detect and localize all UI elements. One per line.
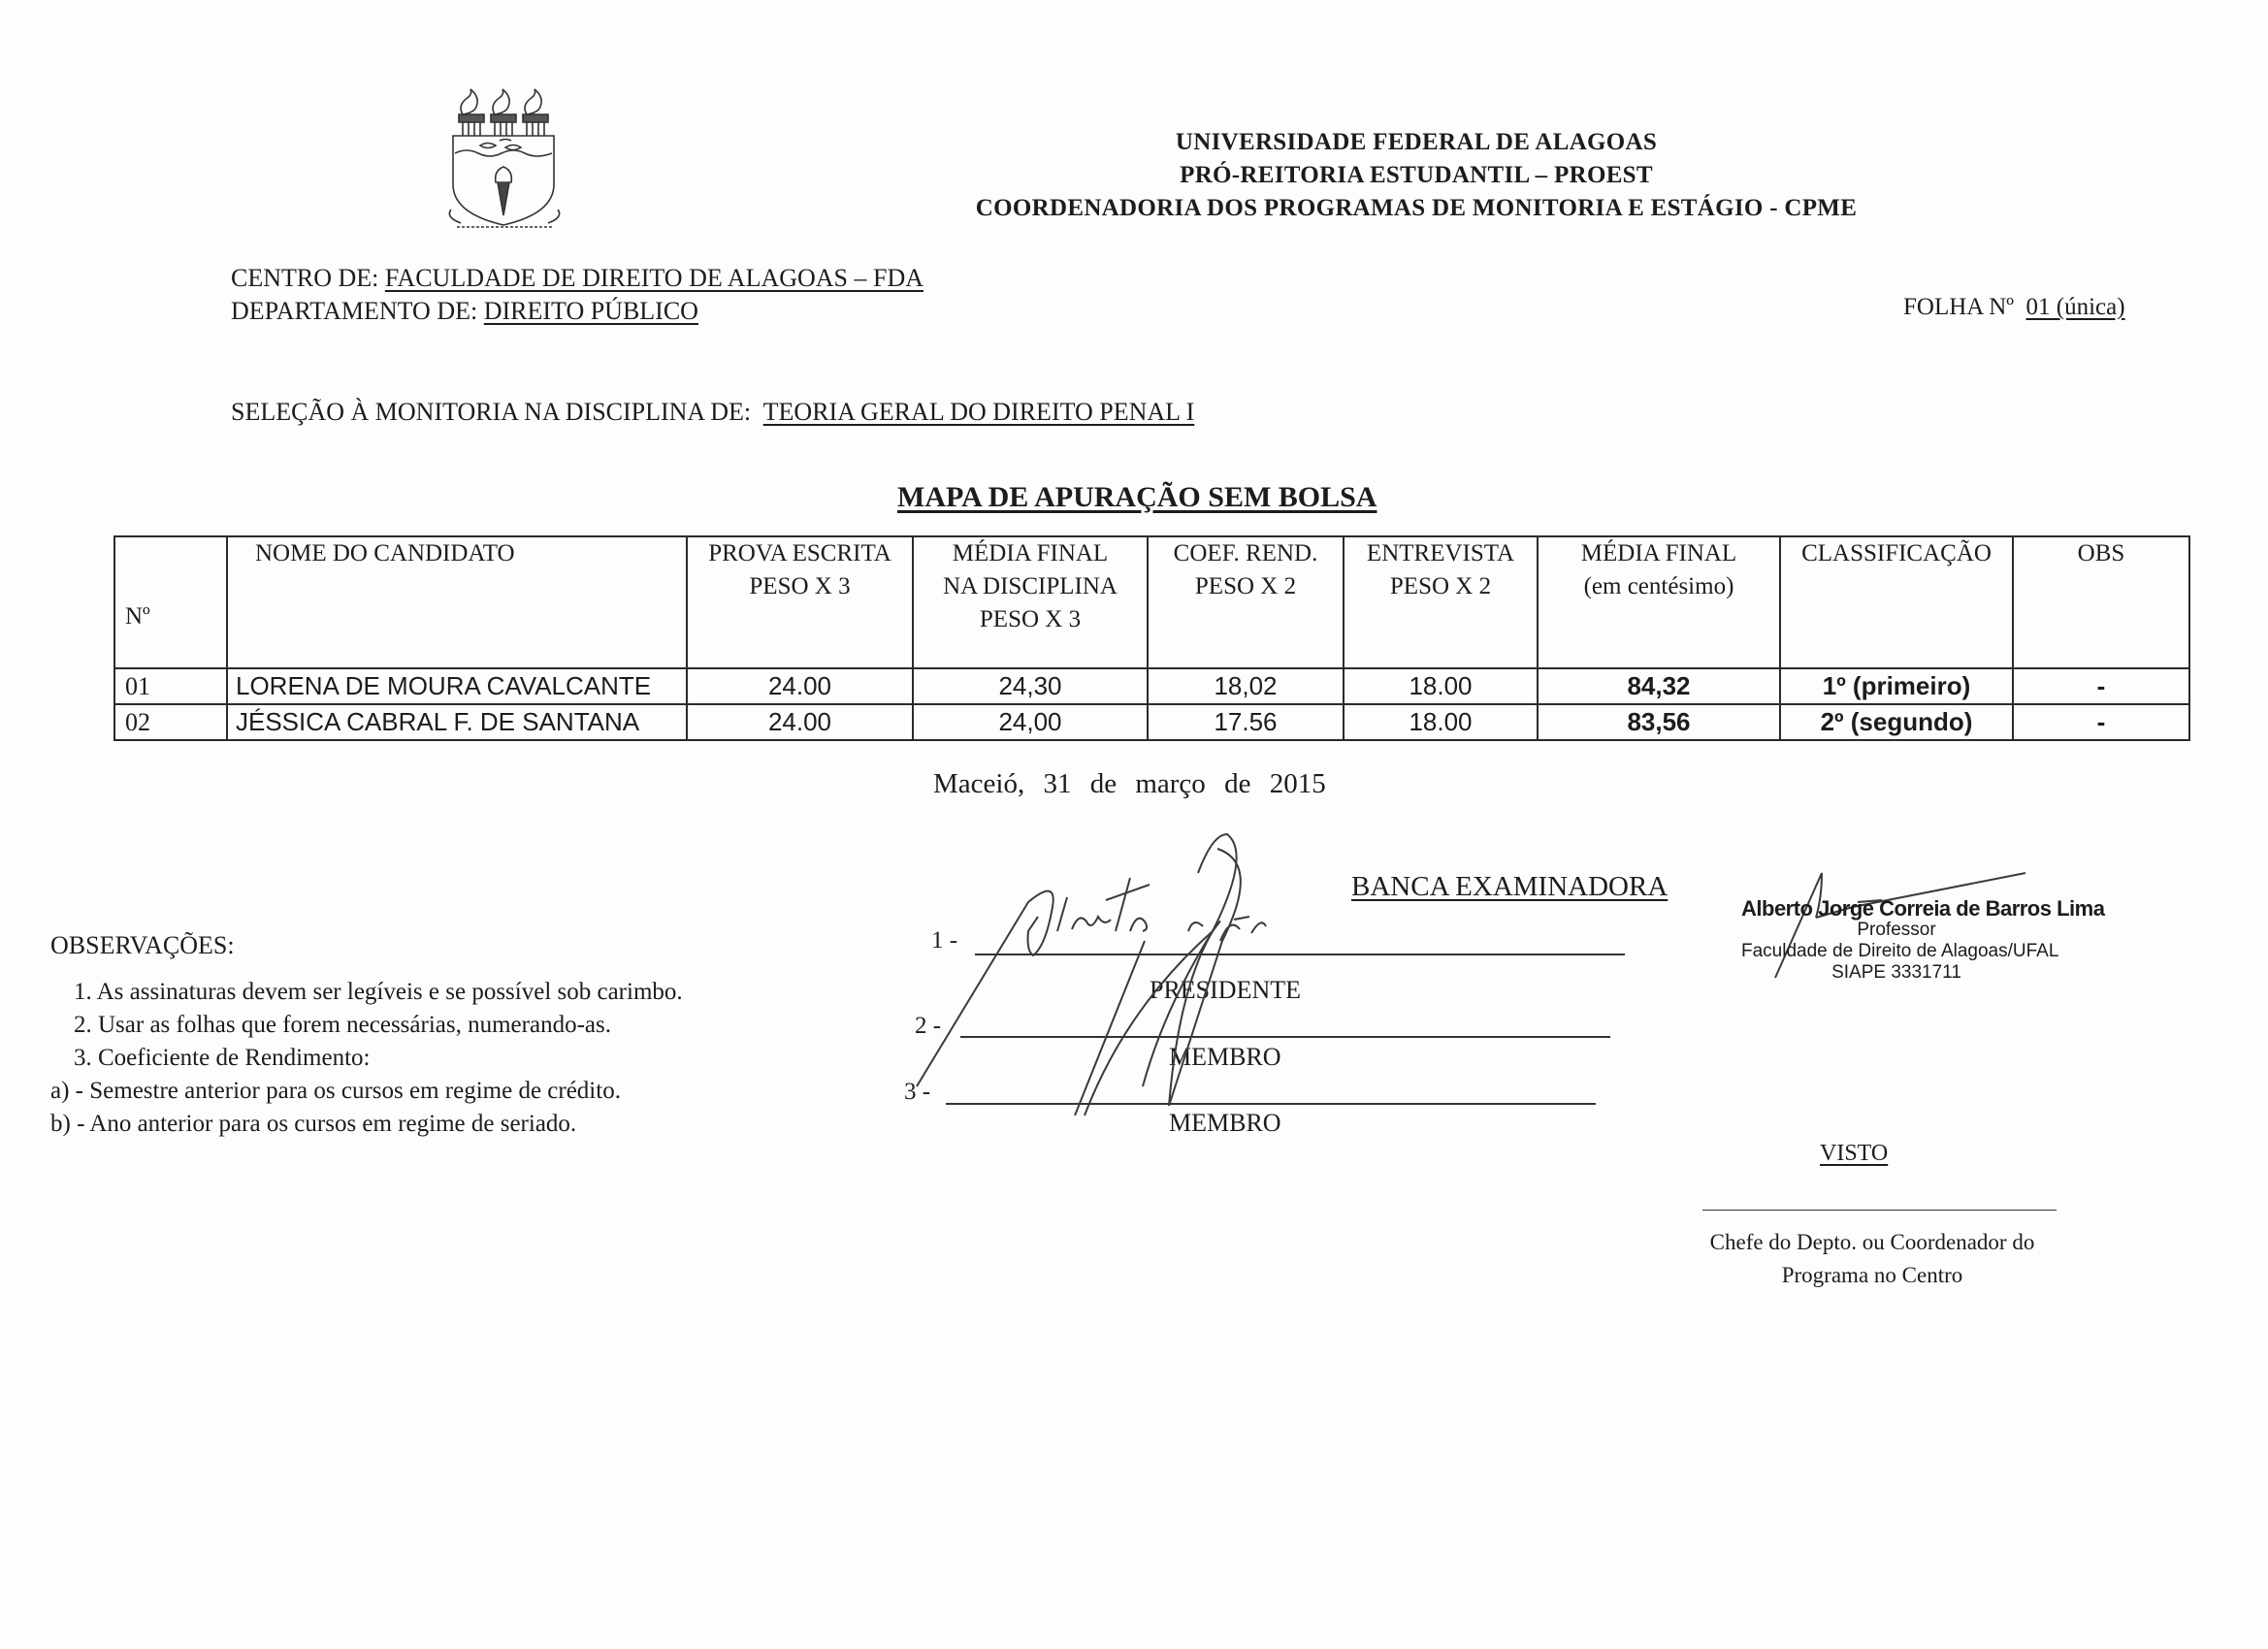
selecao-value: TEORIA GERAL DO DIREITO PENAL I [763,398,1195,426]
visto-label: VISTO [1820,1141,1888,1167]
date-year: 2015 [1270,768,1326,799]
visto-caption-line: Chefe do Depto. ou Coordenador do [1688,1226,2057,1259]
cell-numero: 01 [114,668,227,704]
cell-media-final: 84,32 [1538,668,1780,704]
signature-line-membro-2 [946,1103,1596,1105]
cell-numero: 02 [114,704,227,740]
cell-entrevista: 18.00 [1344,704,1538,740]
selecao-label: SELEÇÃO À MONITORIA NA DISCIPLINA DE: [231,398,751,426]
header-nome: NOME DO CANDIDATO [227,536,687,668]
cell-obs: - [2013,704,2189,740]
table-header-row: Nº NOME DO CANDIDATO PROVA ESCRITAPESO X… [114,536,2189,668]
selecao-line: SELEÇÃO À MONITORIA NA DISCIPLINA DE: TE… [231,398,1194,427]
signature-number: 2 - [915,1013,941,1040]
header-obs: OBS [2013,536,2189,668]
observacao-item: 3. Coeficiente de Rendimento: [74,1042,683,1075]
date-city: Maceió, [933,768,1024,799]
header-coef-rend: COEF. REND.PESO X 2 [1148,536,1344,668]
centro-label: CENTRO DE: [231,264,378,292]
stamp-title: Professor [1741,920,2052,941]
header-entrevista: ENTREVISTAPESO X 2 [1344,536,1538,668]
departamento-value: DIREITO PÚBLICO [484,297,698,325]
cell-classificacao: 2º (segundo) [1780,704,2013,740]
centro-line: CENTRO DE: FACULDADE DE DIREITO DE ALAGO… [231,264,923,293]
cell-coef-rend: 18,02 [1148,668,1344,704]
banca-title: BANCA EXAMINADORA [1351,871,1668,903]
role-membro-1: MEMBRO [1169,1043,1281,1072]
cell-entrevista: 18.00 [1344,668,1538,704]
observacao-item: a) - Semestre anterior para os cursos em… [50,1075,683,1108]
folha-label: FOLHA Nº [1903,294,2014,320]
role-membro-2: MEMBRO [1169,1109,1281,1138]
ufal-crest-icon [441,87,567,233]
cell-nome: LORENA DE MOURA CAVALCANTE [227,668,687,704]
header-media-disciplina: MÉDIA FINALNA DISCIPLINAPESO X 3 [913,536,1148,668]
observacao-item: 1. As assinaturas devem ser legíveis e s… [74,976,683,1009]
date-month: março [1135,768,1205,799]
cell-media-disciplina: 24,30 [913,668,1148,704]
signature-line-presidente [975,954,1625,955]
visto-signature-line [1702,1210,2057,1211]
table-row: 01 LORENA DE MOURA CAVALCANTE 24.00 24,3… [114,668,2189,704]
departamento-label: DEPARTAMENTO DE: [231,297,477,325]
cell-prova-escrita: 24.00 [687,668,913,704]
date-de: de [1090,768,1117,799]
stamp-name: Alberto Jorge Correia de Barros Lima [1741,898,2052,920]
signature-line-membro-1 [960,1036,1610,1038]
observacao-item: b) - Ano anterior para os cursos em regi… [50,1108,683,1141]
observacao-item: 2. Usar as folhas que forem necessárias,… [74,1009,683,1042]
cell-media-disciplina: 24,00 [913,704,1148,740]
cell-media-final: 83,56 [1538,704,1780,740]
cell-prova-escrita: 24.00 [687,704,913,740]
coordenadoria-name: COORDENADORIA DOS PROGRAMAS DE MONITORIA… [931,192,1901,225]
table-title: MAPA DE APURAÇÃO SEM BOLSA [897,481,1377,514]
university-name: UNIVERSIDADE FEDERAL DE ALAGOAS [931,126,1901,159]
observacoes-title: OBSERVAÇÕES: [50,931,235,960]
visto-caption-line: Programa no Centro [1688,1259,2057,1292]
date-day: 31 [1043,768,1071,799]
cell-classificacao: 1º (primeiro) [1780,668,2013,704]
institution-header: UNIVERSIDADE FEDERAL DE ALAGOAS PRÓ-REIT… [931,126,1901,225]
role-presidente: PRESIDENTE [1150,976,1301,1005]
header-numero: Nº [114,536,227,668]
departamento-line: DEPARTAMENTO DE: DIREITO PÚBLICO [231,297,698,326]
centro-value: FACULDADE DE DIREITO DE ALAGOAS – FDA [385,264,923,292]
date-de: de [1224,768,1250,799]
header-classificacao: CLASSIFICAÇÃO [1780,536,2013,668]
stamp-institution: Faculdade de Direito de Alagoas/UFAL [1741,941,2052,962]
cell-coef-rend: 17.56 [1148,704,1344,740]
stamp-siape: SIAPE 3331711 [1741,962,2052,984]
header-prova-escrita: PROVA ESCRITAPESO X 3 [687,536,913,668]
header-media-final: MÉDIA FINAL(em centésimo) [1538,536,1780,668]
folha-line: FOLHA Nº 01 (única) [1903,294,2125,321]
professor-stamp: Alberto Jorge Correia de Barros Lima Pro… [1741,898,2052,984]
table-row: 02 JÉSSICA CABRAL F. DE SANTANA 24.00 24… [114,704,2189,740]
signature-number: 3 - [904,1079,930,1106]
results-table: Nº NOME DO CANDIDATO PROVA ESCRITAPESO X… [113,535,2190,741]
observacoes-list: 1. As assinaturas devem ser legíveis e s… [74,976,683,1141]
cell-nome: JÉSSICA CABRAL F. DE SANTANA [227,704,687,740]
cell-obs: - [2013,668,2189,704]
folha-value: 01 (única) [2026,294,2125,320]
pro-reitoria-name: PRÓ-REITORIA ESTUDANTIL – PROEST [931,159,1901,192]
handwritten-signature-icon [0,0,2268,1649]
signature-number: 1 - [931,927,957,954]
date-line: Maceió, 31 de março de 2015 [933,768,1326,800]
visto-caption: Chefe do Depto. ou Coordenador do Progra… [1688,1226,2057,1292]
